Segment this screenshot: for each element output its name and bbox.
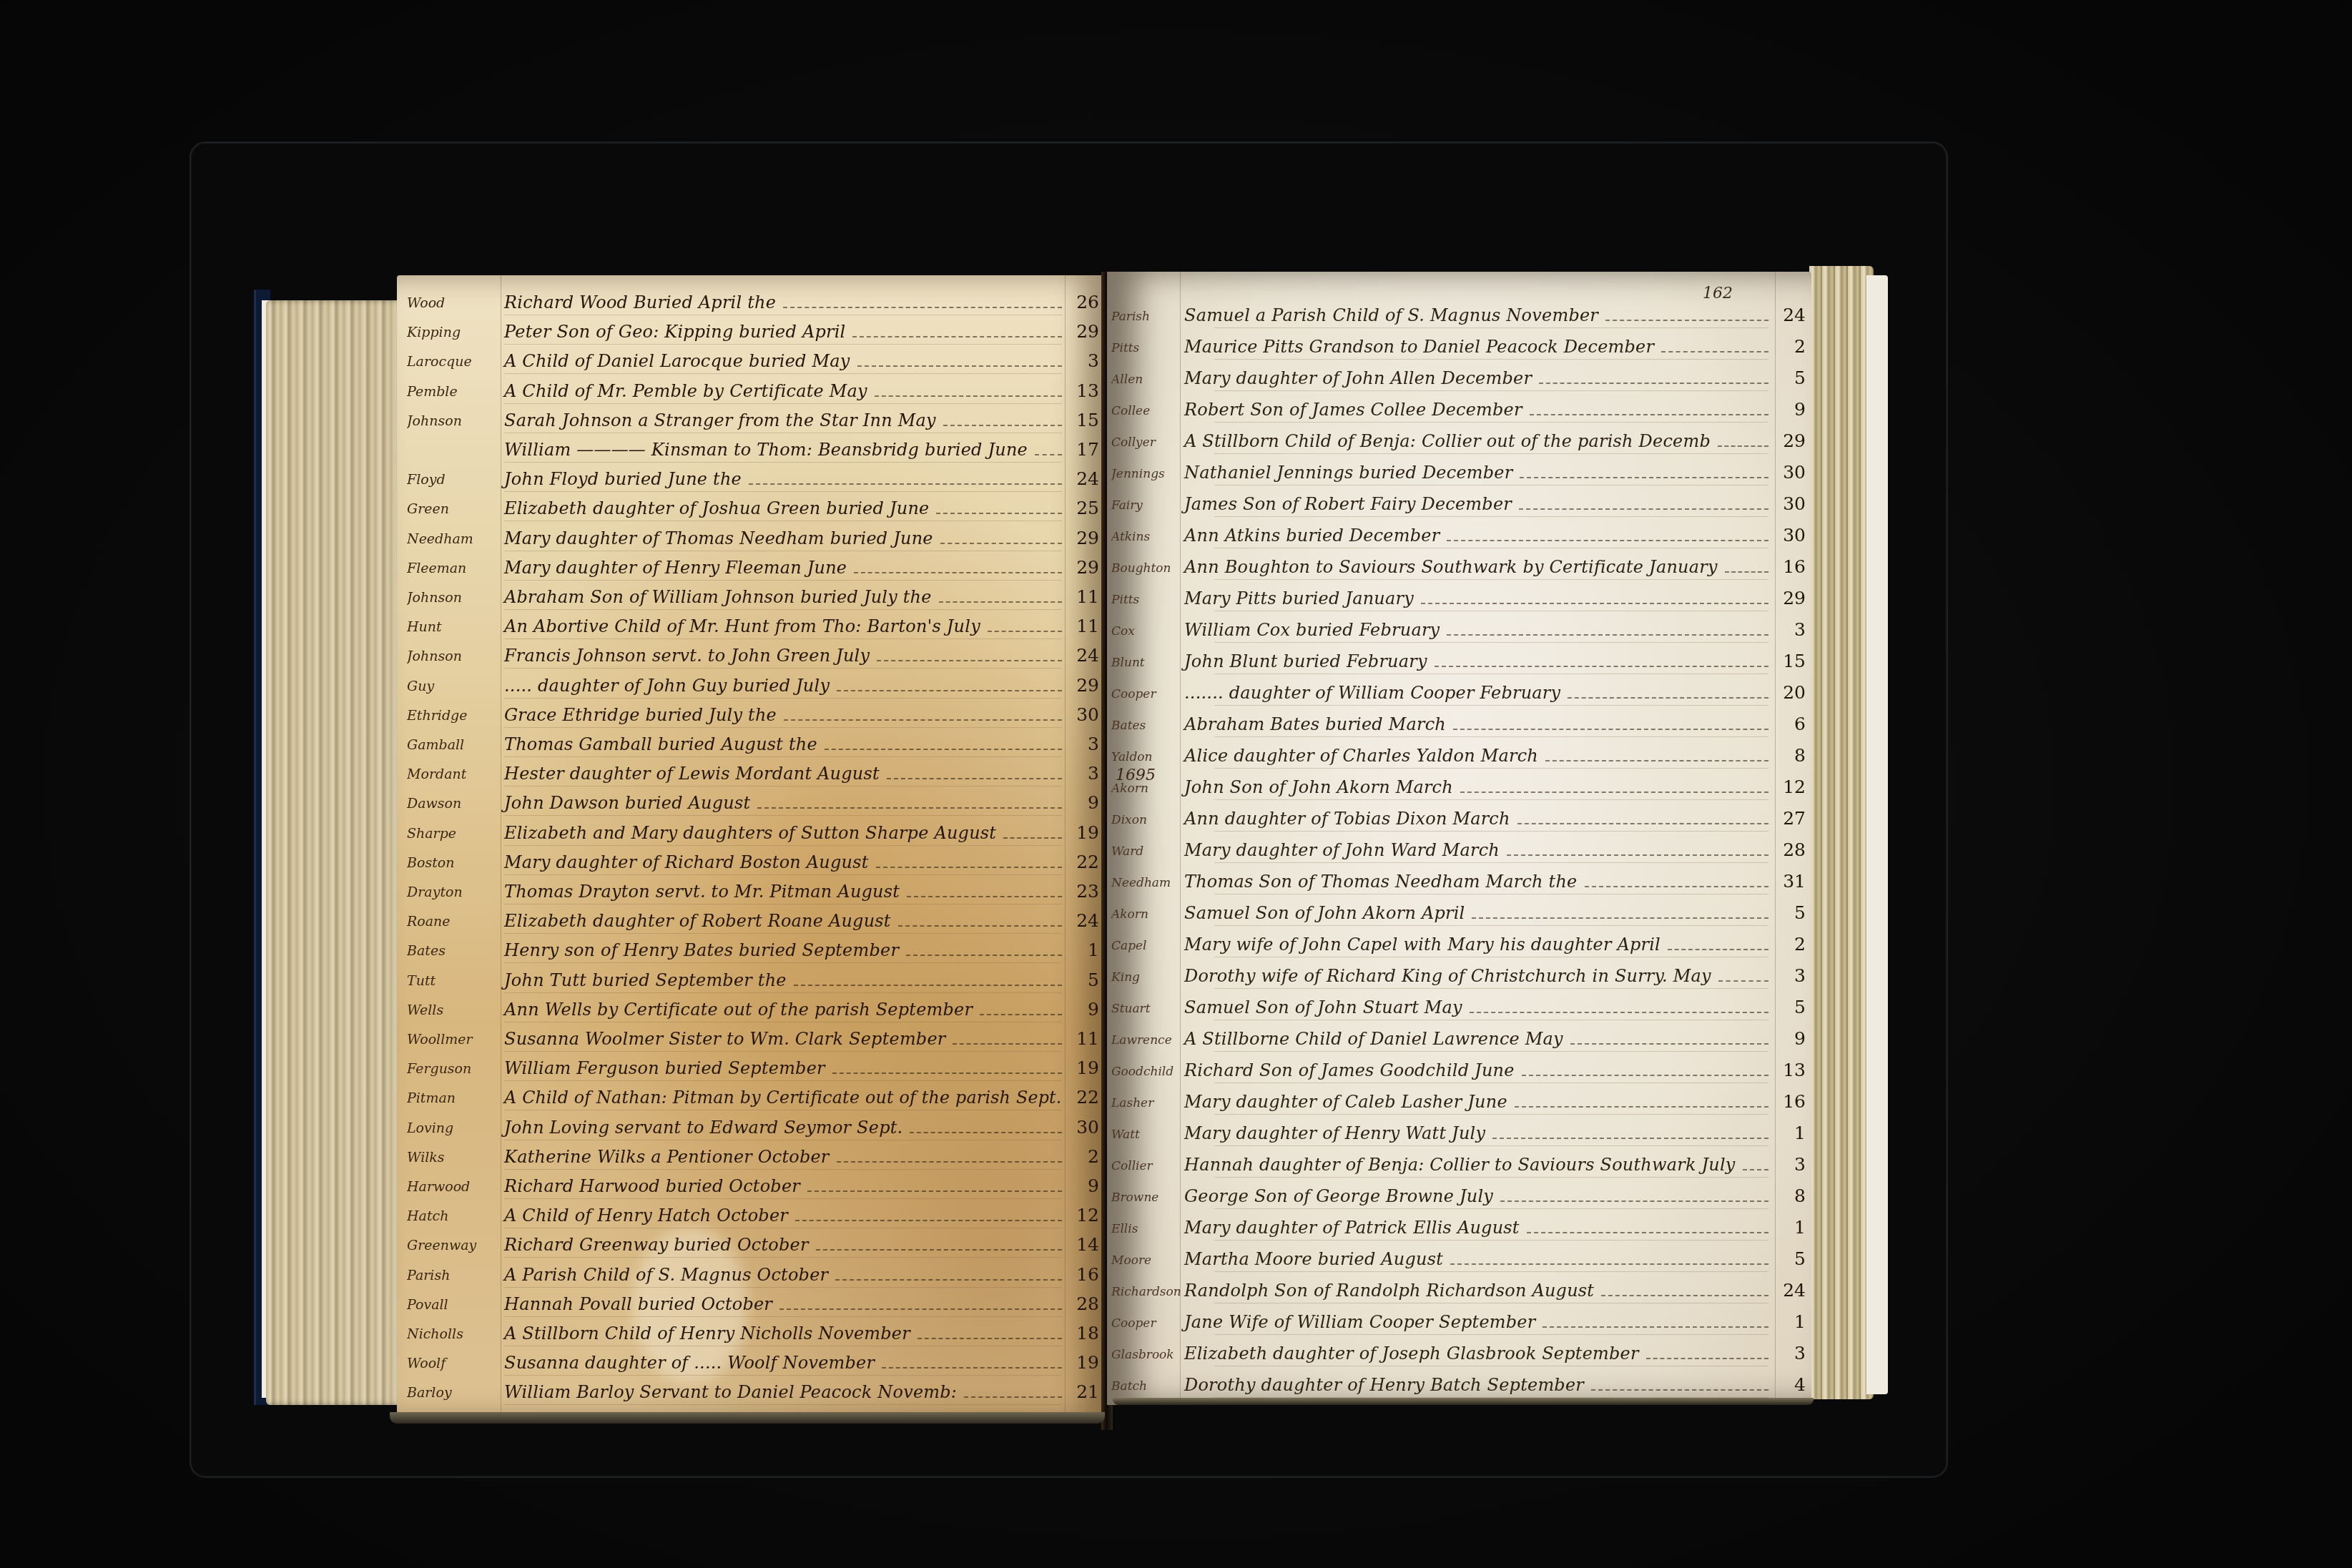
fill-dashes <box>1517 823 1768 824</box>
margin-surname: Barloy <box>407 1385 500 1401</box>
ruled-line <box>504 1404 1062 1405</box>
day-number: 27 <box>1774 808 1806 829</box>
fill-dashes <box>876 867 1062 868</box>
burial-entry-row: WoolfSusanna daughter of ..... Woolf Nov… <box>397 1344 1105 1376</box>
day-number: 28 <box>1774 839 1806 860</box>
day-number: 5 <box>1774 902 1806 923</box>
margin-surname: Wood <box>407 295 500 311</box>
burial-entry-row: BluntJohn Blunt buried February15 <box>1107 643 1811 674</box>
day-number: 6 <box>1774 714 1806 734</box>
fill-dashes <box>1492 1138 1768 1139</box>
fill-dashes <box>837 1161 1062 1163</box>
burial-entry-row: YaldonAlice daughter of Charles Yaldon M… <box>1107 737 1811 769</box>
fill-dashes <box>1453 729 1768 730</box>
day-number: 30 <box>1774 525 1806 546</box>
fill-dashes <box>1591 1389 1768 1391</box>
margin-surname: Mordant <box>407 766 500 782</box>
margin-surname: Bates <box>407 943 500 959</box>
page-edges-left <box>266 300 402 1405</box>
day-number: 19 <box>1068 1057 1099 1078</box>
day-number: 15 <box>1068 410 1099 430</box>
margin-surname: Ethridge <box>407 708 500 724</box>
burial-entry-row: NichollsA Stillborn Child of Henry Nicho… <box>397 1315 1105 1346</box>
fill-dashes <box>1472 917 1768 919</box>
day-number: 9 <box>1774 399 1806 420</box>
entry-text: Francis Johnson servt. to John Green Jul… <box>504 646 870 666</box>
margin-surname: Dawson <box>407 796 500 812</box>
fill-dashes <box>917 1338 1062 1339</box>
entry-text: Ann Wells by Certificate out of the pari… <box>504 1000 973 1020</box>
burial-entry-row: ParishSamuel a Parish Child of S. Magnus… <box>1107 297 1811 328</box>
fill-dashes <box>939 601 1062 603</box>
entry-text: Samuel Son of John Akorn April <box>1184 903 1465 923</box>
burial-entry-row: FergusonWilliam Ferguson buried Septembe… <box>397 1050 1105 1081</box>
margin-surname: Wells <box>407 1002 500 1018</box>
entry-text: Mary daughter of Henry Watt July <box>1184 1123 1485 1143</box>
fill-dashes <box>1035 454 1062 455</box>
margin-surname: Woolf <box>407 1356 500 1371</box>
day-number: 3 <box>1068 734 1099 754</box>
entry-text: Jane Wife of William Cooper September <box>1184 1312 1535 1332</box>
burial-entry-row: BatesHenry son of Henry Bates buried Sep… <box>397 932 1105 963</box>
burial-entry-row: SharpeElizabeth and Mary daughters of Su… <box>397 814 1105 846</box>
fill-dashes <box>1519 508 1768 510</box>
entry-text: Elizabeth daughter of Joseph Glasbrook S… <box>1184 1343 1639 1364</box>
fill-dashes <box>757 807 1062 809</box>
entry-text: Mary daughter of Henry Fleeman June <box>504 558 847 578</box>
day-number: 23 <box>1068 881 1099 902</box>
burial-entry-row: AkornJohn Son of John Akorn March12 <box>1107 769 1811 800</box>
entry-text: Nathaniel Jennings buried December <box>1184 463 1512 483</box>
burial-entry-row: WattMary daughter of Henry Watt July1 <box>1107 1115 1811 1146</box>
entry-text: Martha Moore buried August <box>1184 1249 1443 1269</box>
entry-text: Samuel a Parish Child of S. Magnus Novem… <box>1184 305 1598 325</box>
day-number: 11 <box>1068 586 1099 607</box>
entry-text: John Son of John Akorn March <box>1184 777 1453 797</box>
day-number: 16 <box>1774 1091 1806 1112</box>
day-number: 1 <box>1774 1311 1806 1332</box>
burial-entry-row: FleemanMary daughter of Henry Fleeman Ju… <box>397 549 1105 581</box>
page-edges-right <box>1809 266 1874 1399</box>
entry-text: Ann Boughton to Saviours Southwark by Ce… <box>1184 557 1718 577</box>
burial-entry-row: MordantHester daughter of Lewis Mordant … <box>397 755 1105 787</box>
margin-surname: Floyd <box>407 472 500 488</box>
day-number: 29 <box>1774 588 1806 608</box>
margin-surname: Guy <box>407 679 500 694</box>
entry-text: ..... daughter of John Guy buried July <box>504 676 830 696</box>
fill-dashes <box>877 660 1062 661</box>
margin-surname: Greenway <box>407 1238 500 1253</box>
day-number: 29 <box>1068 321 1099 342</box>
entry-text: Mary daughter of John Allen December <box>1184 368 1532 388</box>
burial-entry-row: WilksKatherine Wilks a Pentioner October… <box>397 1138 1105 1170</box>
fill-dashes <box>832 1073 1062 1074</box>
entry-text: William Barloy Servant to Daniel Peacock… <box>504 1382 957 1402</box>
burial-entry-row: TuttJohn Tutt buried September the5 <box>397 962 1105 993</box>
entry-text: John Loving servant to Edward Seymor Sep… <box>504 1118 902 1138</box>
entry-text: Mary Pitts buried January <box>1184 588 1414 608</box>
day-number: 26 <box>1068 292 1099 312</box>
burial-entry-row: PittsMaurice Pitts Grandson to Daniel Pe… <box>1107 328 1811 360</box>
burial-entry-row: WoodRichard Wood Buried April the26 <box>397 284 1105 315</box>
fill-dashes <box>1470 1012 1768 1013</box>
margin-surname: Boston <box>407 855 500 871</box>
burial-entry-row: Guy..... daughter of John Guy buried Jul… <box>397 667 1105 699</box>
burial-entry-row: CoxWilliam Cox buried February3 <box>1107 611 1811 643</box>
day-number: 24 <box>1774 305 1806 325</box>
margin-surname: Pitman <box>407 1090 500 1106</box>
burial-entry-row: CooperJane Wife of William Cooper Septem… <box>1107 1303 1811 1335</box>
fill-dashes <box>1435 666 1768 667</box>
day-number: 8 <box>1774 1185 1806 1206</box>
fill-dashes <box>1743 1169 1768 1170</box>
fill-dashes <box>794 985 1062 986</box>
burial-entry-row: BatchDorothy daughter of Henry Batch Sep… <box>1107 1366 1811 1398</box>
fill-dashes <box>907 896 1062 897</box>
day-number: 24 <box>1068 468 1099 489</box>
margin-surname: Fleeman <box>407 561 500 576</box>
entry-text: Richard Son of James Goodchild June <box>1184 1060 1515 1080</box>
burial-entry-row: BoughtonAnn Boughton to Saviours Southwa… <box>1107 548 1811 580</box>
entry-text: A Parish Child of S. Magnus October <box>504 1265 828 1285</box>
burial-entry-row: RoaneElizabeth daughter of Robert Roane … <box>397 902 1105 934</box>
entry-text: Sarah Johnson a Stranger from the Star I… <box>504 410 936 430</box>
fill-dashes <box>1421 603 1768 604</box>
burial-entry-row: GreenElizabeth daughter of Joshua Green … <box>397 490 1105 521</box>
entry-text: Randolph Son of Randolph Richardson Augu… <box>1184 1281 1594 1301</box>
burial-entry-row: NeedhamMary daughter of Thomas Needham b… <box>397 520 1105 551</box>
day-number: 15 <box>1774 651 1806 671</box>
burial-entry-row: LasherMary daughter of Caleb Lasher June… <box>1107 1083 1811 1115</box>
fill-dashes <box>852 336 1062 337</box>
fill-dashes <box>807 1190 1062 1192</box>
margin-surname: Wilks <box>407 1150 500 1165</box>
day-number: 17 <box>1068 439 1099 460</box>
entry-text: John Tutt buried September the <box>504 970 787 990</box>
fill-dashes <box>1605 320 1768 321</box>
day-number: 9 <box>1068 1175 1099 1196</box>
entry-text: A Stillborne Child of Daniel Lawrence Ma… <box>1184 1029 1563 1049</box>
burial-entry-row: PittsMary Pitts buried January29 <box>1107 580 1811 611</box>
fill-dashes <box>875 395 1062 397</box>
margin-surname: Roane <box>407 914 500 930</box>
entry-text: Mary daughter of Thomas Needham buried J… <box>504 528 933 548</box>
entry-text: An Abortive Child of Mr. Hunt from Tho: … <box>504 616 980 636</box>
day-number: 3 <box>1068 350 1099 371</box>
entry-text: Thomas Son of Thomas Needham March the <box>1184 872 1578 892</box>
entry-text: A Stillborn Child of Benja: Collier out … <box>1184 431 1711 451</box>
entry-text: Robert Son of James Collee December <box>1184 400 1522 420</box>
margin-surname: Larocque <box>407 354 500 370</box>
burial-entry-row: MooreMartha Moore buried August5 <box>1107 1241 1811 1272</box>
fill-dashes <box>1545 760 1768 761</box>
day-number: 2 <box>1774 336 1806 357</box>
left-page: WoodRichard Wood Buried April the26Kippi… <box>397 275 1105 1419</box>
entry-text: Alice daughter of Charles Yaldon March <box>1184 746 1538 766</box>
burial-entry-row: PovallHannah Povall buried October28 <box>397 1286 1105 1317</box>
fill-dashes <box>1542 1326 1768 1328</box>
burial-entry-row: HarwoodRichard Harwood buried October9 <box>397 1168 1105 1199</box>
day-number: 1 <box>1774 1123 1806 1143</box>
fill-dashes <box>1718 445 1768 447</box>
entry-text: Mary daughter of John Ward March <box>1184 840 1500 860</box>
right-page: 162 1695 ParishSamuel a Parish Child of … <box>1107 272 1811 1405</box>
day-number: 3 <box>1774 965 1806 986</box>
burial-entry-row: BarloyWilliam Barloy Servant to Daniel P… <box>397 1374 1105 1405</box>
day-number: 28 <box>1068 1293 1099 1314</box>
margin-surname: Loving <box>407 1120 500 1136</box>
margin-surname: Harwood <box>407 1179 500 1195</box>
day-number: 11 <box>1068 1028 1099 1049</box>
burial-entry-row: JohnsonSarah Johnson a Stranger from the… <box>397 402 1105 433</box>
burial-entry-row: FairyJames Son of Robert Fairy December3… <box>1107 485 1811 517</box>
margin-surname: Povall <box>407 1297 500 1313</box>
entry-text: Abraham Son of William Johnson buried Ju… <box>504 587 932 607</box>
burial-entry-row: HuntAn Abortive Child of Mr. Hunt from T… <box>397 608 1105 639</box>
fill-dashes <box>1003 837 1062 839</box>
day-number: 13 <box>1774 1060 1806 1080</box>
entry-text: Peter Son of Geo: Kipping buried April <box>504 322 845 342</box>
entry-text: Thomas Gamball buried August the <box>504 734 817 754</box>
fill-dashes <box>1522 1075 1768 1076</box>
fill-dashes <box>1725 571 1768 573</box>
day-number: 9 <box>1774 1028 1806 1049</box>
burial-entry-row: KingDorothy wife of Richard King of Chri… <box>1107 957 1811 989</box>
fill-dashes <box>779 1308 1062 1310</box>
book-bottom-edge-right <box>1113 1398 1814 1405</box>
entry-text: Hester daughter of Lewis Mordant August <box>504 764 880 784</box>
fill-dashes <box>795 1220 1062 1221</box>
day-number: 14 <box>1068 1234 1099 1255</box>
burial-entry-row: ColleeRobert Son of James Collee Decembe… <box>1107 391 1811 423</box>
day-number: 29 <box>1068 557 1099 578</box>
day-number: 12 <box>1068 1205 1099 1226</box>
day-number: 16 <box>1068 1264 1099 1285</box>
fill-dashes <box>837 690 1062 691</box>
day-number: 19 <box>1068 822 1099 843</box>
burial-entry-row: WellsAnn Wells by Certificate out of the… <box>397 991 1105 1022</box>
fill-dashes <box>1585 886 1768 887</box>
entry-text: Elizabeth and Mary daughters of Sutton S… <box>504 823 996 843</box>
day-number: 5 <box>1774 1248 1806 1269</box>
entry-text: Dorothy daughter of Henry Batch Septembe… <box>1184 1375 1584 1395</box>
burial-entry-row: GamballThomas Gamball buried August the3 <box>397 726 1105 757</box>
day-number: 2 <box>1774 934 1806 955</box>
entry-text: A Child of Henry Hatch October <box>504 1205 788 1226</box>
day-number: 2 <box>1068 1146 1099 1167</box>
entry-text: Mary wife of John Capel with Mary his da… <box>1184 935 1660 955</box>
day-number: 22 <box>1068 1087 1099 1108</box>
book-bottom-edge-left <box>390 1412 1105 1424</box>
fill-dashes <box>1539 383 1768 384</box>
day-number: 8 <box>1774 745 1806 766</box>
burial-entry-row: PembleA Child of Mr. Pemble by Certifica… <box>397 373 1105 404</box>
entry-text: ....... daughter of William Cooper Febru… <box>1184 683 1560 703</box>
burial-entry-row: JohnsonAbraham Son of William Johnson bu… <box>397 578 1105 610</box>
fill-dashes <box>749 483 1062 485</box>
entry-text: Mary daughter of Patrick Ellis August <box>1184 1218 1520 1238</box>
fill-dashes <box>1527 1232 1768 1233</box>
day-number: 3 <box>1774 1343 1806 1364</box>
burial-entry-row: CapelMary wife of John Capel with Mary h… <box>1107 926 1811 957</box>
entry-text: John Floyd buried June the <box>504 469 742 489</box>
burial-entry-row: RichardsonRandolph Son of Randolph Richa… <box>1107 1272 1811 1303</box>
burial-entry-row: CollierHannah daughter of Benja: Collier… <box>1107 1146 1811 1178</box>
fill-dashes <box>1447 634 1768 636</box>
day-number: 5 <box>1068 970 1099 990</box>
fill-dashes <box>1460 792 1768 793</box>
day-number: 11 <box>1068 616 1099 636</box>
fill-dashes <box>1450 1263 1768 1265</box>
burial-entry-row: LarocqueA Child of Daniel Larocque burie… <box>397 342 1105 374</box>
day-number: 16 <box>1774 556 1806 577</box>
day-number: 24 <box>1068 645 1099 666</box>
fill-dashes <box>1507 854 1768 856</box>
day-number: 9 <box>1068 792 1099 813</box>
fill-dashes <box>906 955 1062 956</box>
margin-surname: Drayton <box>407 884 500 900</box>
fill-dashes <box>1447 540 1768 541</box>
margin-surname: Ferguson <box>407 1061 500 1077</box>
entry-text: Samuel Son of John Stuart May <box>1184 997 1462 1017</box>
margin-surname: Pemble <box>407 384 500 400</box>
fill-dashes <box>1568 697 1768 699</box>
day-number: 1 <box>1774 1217 1806 1238</box>
fill-dashes <box>1570 1043 1768 1045</box>
day-number: 29 <box>1774 430 1806 451</box>
fill-dashes <box>825 749 1062 750</box>
burial-entry-row: BatesAbraham Bates buried March6 <box>1107 706 1811 737</box>
day-number: 30 <box>1774 493 1806 514</box>
entry-text: George Son of George Browne July <box>1184 1186 1493 1206</box>
day-number: 31 <box>1774 871 1806 892</box>
burial-entry-row: KippingPeter Son of Geo: Kipping buried … <box>397 313 1105 345</box>
day-number: 4 <box>1774 1374 1806 1395</box>
burial-entry-row: JenningsNathaniel Jennings buried Decemb… <box>1107 454 1811 485</box>
entry-text: Grace Ethridge buried July the <box>504 705 777 725</box>
margin-surname: Hatch <box>407 1208 500 1224</box>
burial-entry-row: GreenwayRichard Greenway buried October1… <box>397 1226 1105 1258</box>
fill-dashes <box>1718 980 1768 982</box>
entry-text: John Blunt buried February <box>1184 651 1427 671</box>
day-number: 30 <box>1068 704 1099 725</box>
burial-entry-row: AtkinsAnn Atkins buried December30 <box>1107 517 1811 548</box>
burial-entry-row: StuartSamuel Son of John Stuart May5 <box>1107 989 1811 1020</box>
burial-entry-row: FloydJohn Floyd buried June the24 <box>397 460 1105 492</box>
burial-entry-row: ParishA Parish Child of S. Magnus Octobe… <box>397 1256 1105 1288</box>
margin-surname: Johnson <box>407 649 500 664</box>
fill-dashes <box>936 513 1062 514</box>
entry-text: Hannah daughter of Benja: Collier to Sav… <box>1184 1155 1736 1175</box>
burial-entry-row: WoollmerSusanna Woolmer Sister to Wm. Cl… <box>397 1020 1105 1052</box>
entry-text: William Cox buried February <box>1184 620 1440 640</box>
margin-surname: Tutt <box>407 973 500 989</box>
entry-text: Ann daughter of Tobias Dixon March <box>1184 809 1510 829</box>
fill-dashes <box>943 425 1062 426</box>
fill-dashes <box>1520 477 1768 478</box>
day-number: 3 <box>1774 1154 1806 1175</box>
burial-entry-row: NeedhamThomas Son of Thomas Needham Marc… <box>1107 863 1811 894</box>
entry-text: Thomas Drayton servt. to Mr. Pitman Augu… <box>504 882 900 902</box>
fill-dashes <box>1515 1106 1768 1108</box>
fill-dashes <box>988 631 1062 632</box>
fill-dashes <box>816 1249 1062 1251</box>
margin-surname: Kipping <box>407 325 500 340</box>
fill-dashes <box>887 778 1062 779</box>
fill-dashes <box>854 572 1062 573</box>
entry-text: James Son of Robert Fairy December <box>1184 494 1512 514</box>
day-number: 13 <box>1068 380 1099 401</box>
fill-dashes <box>857 365 1062 367</box>
day-number: 19 <box>1068 1352 1099 1373</box>
entry-text: William ———— Kinsman to Thom: Beansbridg… <box>504 440 1028 460</box>
margin-surname: Sharpe <box>407 826 500 842</box>
fill-dashes <box>910 1132 1062 1133</box>
day-number: 5 <box>1774 997 1806 1017</box>
fill-dashes <box>835 1279 1062 1281</box>
fill-dashes <box>1668 949 1768 950</box>
fill-dashes <box>898 925 1062 927</box>
entry-text: Richard Greenway buried October <box>504 1235 809 1255</box>
burial-entry-row: Cooper....... daughter of William Cooper… <box>1107 674 1811 706</box>
burial-entry-row: BostonMary daughter of Richard Boston Au… <box>397 844 1105 875</box>
burial-entry-row: CollyerA Stillborn Child of Benja: Colli… <box>1107 423 1811 454</box>
entry-text: Mary daughter of Richard Boston August <box>504 852 869 872</box>
day-number: 22 <box>1068 852 1099 872</box>
fill-dashes <box>1530 414 1768 415</box>
entry-text: Abraham Bates buried March <box>1184 714 1446 734</box>
entry-text: Elizabeth daughter of Robert Roane Augus… <box>504 911 891 931</box>
burial-entry-row: WardMary daughter of John Ward March28 <box>1107 832 1811 863</box>
day-number: 24 <box>1774 1280 1806 1301</box>
day-number: 1 <box>1068 940 1099 960</box>
margin-surname: Nicholls <box>407 1326 500 1342</box>
day-number: 30 <box>1068 1117 1099 1138</box>
fill-dashes <box>783 307 1062 308</box>
day-number: 5 <box>1774 368 1806 388</box>
burial-entry-row: DawsonJohn Dawson buried August9 <box>397 784 1105 816</box>
entry-text: Henry son of Henry Bates buried Septembe… <box>504 940 899 960</box>
entry-text: Ann Atkins buried December <box>1184 526 1440 546</box>
burial-entry-row: AkornSamuel Son of John Akorn April5 <box>1107 894 1811 926</box>
fill-dashes <box>1661 351 1768 352</box>
burial-entry-row: LawrenceA Stillborne Child of Daniel Law… <box>1107 1020 1811 1052</box>
day-number: 3 <box>1774 619 1806 640</box>
entry-text: Susanna Woolmer Sister to Wm. Clark Sept… <box>504 1029 945 1049</box>
margin-surname: Needham <box>407 531 500 547</box>
burial-entry-row: William ———— Kinsman to Thom: Beansbridg… <box>397 431 1105 463</box>
entry-text: Mary daughter of Caleb Lasher June <box>1184 1092 1507 1112</box>
entry-text: Maurice Pitts Grandson to Daniel Peacock… <box>1184 337 1654 357</box>
burial-entry-row: DraytonThomas Drayton servt. to Mr. Pitm… <box>397 873 1105 904</box>
day-number: 18 <box>1068 1323 1099 1343</box>
entry-text: John Dawson buried August <box>504 793 750 813</box>
margin-surname: Hunt <box>407 619 500 635</box>
day-number: 20 <box>1774 682 1806 703</box>
entry-text: Susanna daughter of ..... Woolf November <box>504 1353 875 1373</box>
entry-text: Hannah Povall buried October <box>504 1294 772 1314</box>
burial-entry-row: GlasbrookElizabeth daughter of Joseph Gl… <box>1107 1335 1811 1366</box>
fill-dashes <box>940 543 1062 544</box>
entry-text: Dorothy wife of Richard King of Christch… <box>1184 966 1711 986</box>
burial-entry-row: DixonAnn daughter of Tobias Dixon March2… <box>1107 800 1811 832</box>
margin-surname: Parish <box>407 1268 500 1283</box>
fill-dashes <box>964 1396 1062 1398</box>
fill-dashes <box>882 1367 1062 1369</box>
margin-surname: Johnson <box>407 590 500 606</box>
flyleaf-right <box>1866 275 1888 1394</box>
fill-dashes <box>1500 1200 1768 1202</box>
